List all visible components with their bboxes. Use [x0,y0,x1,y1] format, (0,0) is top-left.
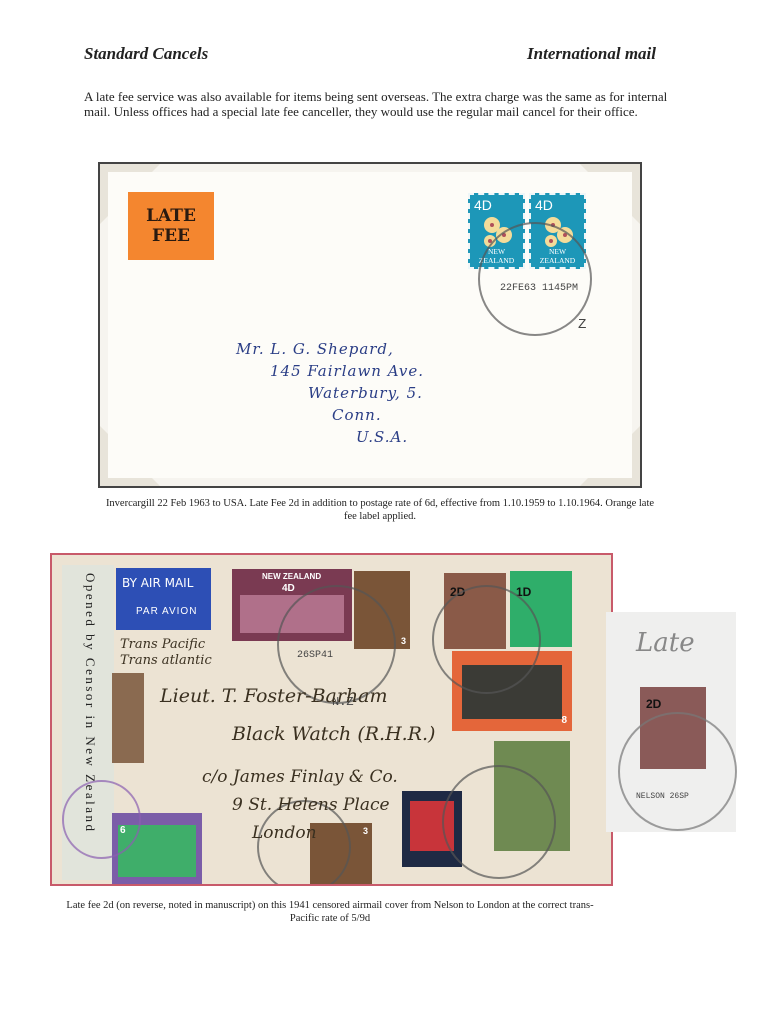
address-line: Black Watch (R.H.R.) [232,723,435,745]
stamp-value: 4D [282,583,295,594]
late-fee-label-line2: FEE [152,226,190,246]
stamp-value: 4D [474,197,492,213]
page-header-right: International mail [527,44,656,64]
late-fee-label: LATE FEE [128,192,214,260]
postmark-circle [442,765,556,879]
page-header-left: Standard Cancels [84,44,208,64]
route-note: Trans atlantic [120,653,212,668]
airmail-label-top: BY AIR MAIL [122,576,193,590]
address-line: Waterbury, 5. [308,384,423,402]
address-line: 9 St. Helens Place [232,795,390,815]
censor-handstamp [62,780,141,859]
stamp-value: 2D [646,697,661,711]
late-fee-label-line1: LATE [146,206,196,226]
stamp-country: NEW ZEALAND [262,572,321,581]
address-line: Conn. [332,406,382,424]
cover-2-frame: Opened by Censor in New Zealand BY AIR M… [50,553,613,886]
airmail-label: BY AIR MAIL PAR AVION [116,568,211,630]
route-note: Trans Pacific [120,637,205,652]
stamp-value: 4D [535,197,553,213]
address-line: London [252,823,317,843]
stamp-value: 8 [561,715,567,726]
postmark-suffix: Z [578,317,586,333]
intro-paragraph: A late fee service was also available fo… [84,89,684,119]
postmark-text: NELSON 26SP [636,792,689,801]
postmark-date: 26SP41 [297,650,333,661]
cover-2-caption: Late fee 2d (on reverse, noted in manusc… [60,900,600,925]
address-line: 145 Fairlawn Ave. [270,362,424,380]
postmark-circle [478,222,592,336]
postmark-circle [618,712,737,831]
stamp-value: 3 [363,826,368,836]
cover-1-caption: Invercargill 22 Feb 1963 to USA. Late Fe… [100,498,660,523]
airmail-label-bottom: PAR AVION [136,606,197,617]
postmark-date: 22FE63 1145PM [500,283,578,294]
reverse-detail-inset: Late 2D NELSON 26SP [606,612,736,832]
address-line: Mr. L. G. Shepard, [236,340,394,358]
cover-1-envelope: LATE FEE 4D NEW ZEALAND 4D NEW ZEALAND 2… [108,172,632,478]
address-line: U.S.A. [356,428,408,446]
cover-1-frame: LATE FEE 4D NEW ZEALAND 4D NEW ZEALAND 2… [98,162,642,488]
postmark-circle [432,585,541,694]
address-line: c/o James Finlay & Co. [202,767,398,787]
address-line: Lieut. T. Foster-Barham [160,685,388,707]
stamp-value: 3 [401,636,406,646]
manuscript-note: Late [636,628,695,658]
stamp-partial [112,673,144,763]
